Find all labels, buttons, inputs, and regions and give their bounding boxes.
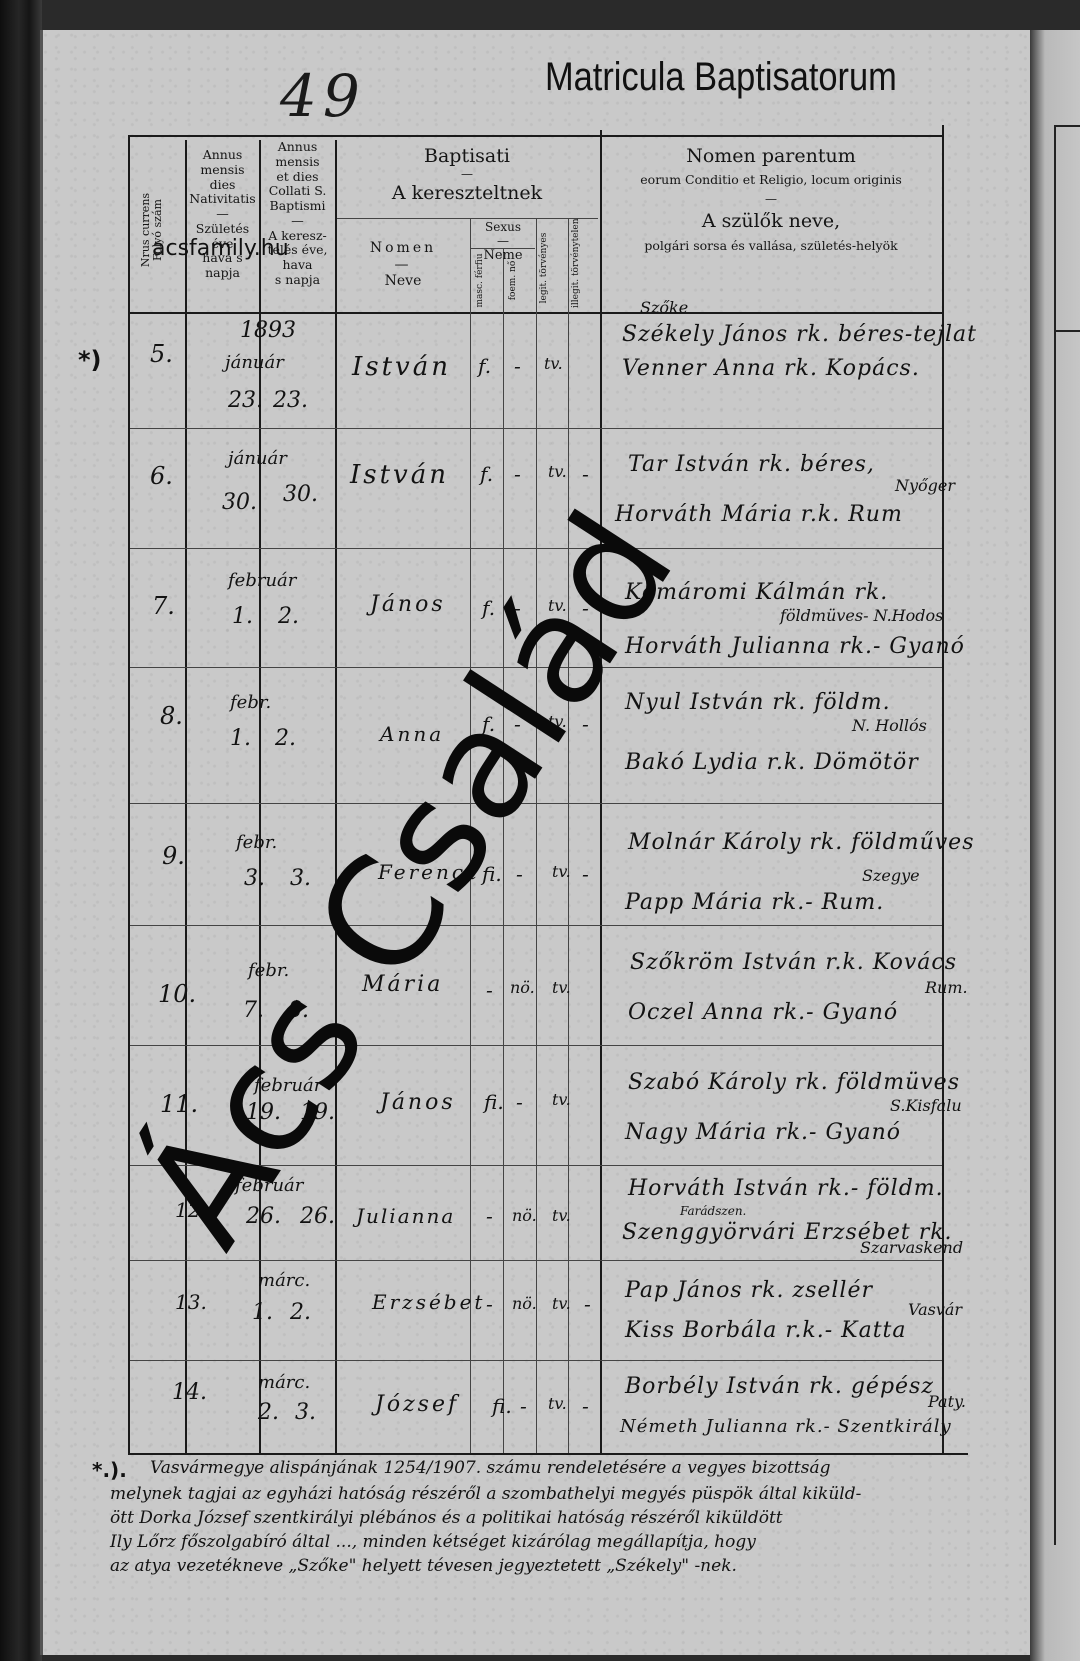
entry-month: febr. bbox=[236, 832, 277, 853]
entry-masc: - bbox=[486, 1204, 493, 1228]
entry-legit: tv. bbox=[552, 1206, 571, 1225]
facing-page-rule bbox=[1054, 125, 1080, 127]
entry-birth-day: 2. bbox=[258, 1400, 279, 1425]
header-text: A szülők neve, bbox=[601, 210, 941, 232]
entry-mother: Nagy Mária rk.- Gyanó bbox=[625, 1120, 901, 1145]
entry-baptism-day: 26. bbox=[300, 1204, 335, 1229]
entry-year: 1893 bbox=[240, 318, 296, 343]
entry-father-origin: Nyőger bbox=[895, 476, 955, 495]
entry-father-origin: Rum. bbox=[925, 978, 968, 997]
entry-father: Borbély István rk. gépész bbox=[625, 1374, 934, 1399]
header-text: polgári sorsa és vallása, születés-helyö… bbox=[601, 239, 941, 254]
entry-fem: - bbox=[514, 354, 521, 378]
entry-nr: 5. bbox=[150, 340, 173, 368]
header-text: dies bbox=[186, 178, 259, 193]
entry-mother: Horváth Mária r.k. Rum bbox=[615, 502, 903, 527]
header-text: Neve bbox=[336, 273, 470, 290]
header-baptised: Baptisati — A kereszteltnek bbox=[336, 145, 598, 204]
footnote-line: melynek tagjai az egyházi hatóság részér… bbox=[110, 1484, 861, 1504]
header-text: Születés bbox=[186, 222, 259, 237]
entry-month: jánuár bbox=[228, 448, 287, 469]
entry-mother: Papp Mária rk.- Rum. bbox=[625, 890, 884, 915]
entry-legit: tv. bbox=[548, 462, 567, 481]
footnote-line: az atya vezetékneve „Szőke" helyett téve… bbox=[110, 1556, 737, 1576]
entry-baptism-day: 23. bbox=[273, 388, 308, 413]
entry-illegit: - bbox=[582, 862, 589, 886]
entry-legit: tv. bbox=[552, 978, 571, 997]
header-dash: — bbox=[601, 192, 941, 206]
book-binding bbox=[0, 0, 42, 1661]
entry-birth-day: 1. bbox=[252, 1300, 273, 1325]
entry-father-origin: N. Hollós bbox=[852, 716, 927, 735]
footnote-line: Vasvármegye alispánjának 1254/1907. szám… bbox=[150, 1458, 830, 1478]
entry-mother: Oczel Anna rk.- Gyanó bbox=[628, 1000, 898, 1025]
entry-masc: fi. bbox=[492, 1394, 512, 1418]
header-nr-hungarian: Folyó szám bbox=[152, 150, 164, 310]
entry-father: Nyul István rk. földm. bbox=[625, 690, 891, 715]
header-illegit: illegit. törvénytelen bbox=[572, 228, 581, 308]
watermark-url: acsfamily.hu bbox=[152, 236, 289, 261]
header-fem: foem. nő bbox=[509, 253, 518, 308]
entry-fem: - bbox=[516, 1090, 523, 1114]
header-baptism-date: Annus mensis et dies Collati S. Baptismi… bbox=[260, 140, 335, 288]
entry-baptism-day: 2. bbox=[275, 726, 296, 751]
header-dash: — bbox=[470, 234, 536, 248]
header-text: eorum Conditio et Religio, locum origini… bbox=[601, 173, 941, 188]
header-text: Baptismi bbox=[260, 199, 335, 214]
facing-page-edge bbox=[1030, 30, 1080, 1661]
header-text: Nomen bbox=[336, 240, 470, 257]
entry-nr: 8. bbox=[160, 702, 183, 730]
entry-nr: 14. bbox=[172, 1380, 207, 1405]
entry-fem: - bbox=[520, 1394, 527, 1418]
entry-month: márc. bbox=[258, 1372, 310, 1393]
entry-fem: nö. bbox=[512, 1294, 537, 1313]
entry-child-name: János bbox=[370, 592, 446, 617]
entry-month: február bbox=[228, 570, 296, 591]
entry-masc: - bbox=[486, 1292, 493, 1316]
entry-month: jánuár bbox=[225, 352, 284, 373]
header-text: s napja bbox=[260, 273, 335, 288]
entry-nr: 9. bbox=[162, 842, 185, 870]
entry-legit: tv. bbox=[544, 354, 563, 373]
page-title: Matricula Baptisatorum bbox=[545, 55, 897, 100]
entry-legit: tv. bbox=[552, 1294, 571, 1313]
entry-child-name: József bbox=[375, 1392, 459, 1417]
entry-father-occupation: földmüves- N.Hodos bbox=[780, 606, 943, 625]
entry-father: Szabó Károly rk. földmüves bbox=[628, 1070, 960, 1095]
header-dash: — bbox=[336, 257, 470, 274]
header-text: mensis bbox=[260, 155, 335, 170]
entry-father-origin: S.Kisfalu bbox=[890, 1096, 962, 1115]
entry-masc: f. bbox=[480, 462, 493, 486]
page-number: 49 bbox=[280, 62, 366, 130]
header-text: Nomen parentum bbox=[601, 145, 941, 167]
entry-fem: nö. bbox=[512, 1206, 537, 1225]
entry-birth-day: 23. bbox=[228, 388, 263, 413]
footnote-marker: *.). bbox=[92, 1458, 127, 1482]
entry-father: Székely János rk. béres-tejlat bbox=[622, 322, 977, 347]
facing-page-rule bbox=[1054, 330, 1080, 332]
entry-baptism-day: 2. bbox=[290, 1300, 311, 1325]
header-text: Annus bbox=[260, 140, 335, 155]
header-text: mensis bbox=[186, 163, 259, 178]
entry-legit: tv. bbox=[552, 862, 571, 881]
entry-father-origin: Farádszen. bbox=[680, 1204, 746, 1218]
entry-month: márc. bbox=[258, 1270, 310, 1291]
header-text: Annus bbox=[186, 148, 259, 163]
header-nr-currens: Nrus currens Folyó szám bbox=[140, 150, 163, 310]
entry-illegit: - bbox=[582, 1394, 589, 1418]
header-dash: — bbox=[260, 214, 335, 229]
entry-child-name: János bbox=[380, 1090, 456, 1115]
header-legit: legit. törvényes bbox=[540, 228, 549, 308]
entry-father-origin: Szegye bbox=[862, 866, 920, 885]
entry-masc: f. bbox=[478, 354, 491, 378]
header-text: Nativitatis bbox=[186, 192, 259, 207]
entry-birth-day: 1. bbox=[230, 726, 251, 751]
header-nr-latin: Nrus currens bbox=[140, 150, 152, 310]
header-text: et dies bbox=[260, 170, 335, 185]
entry-birth-day: 30. bbox=[222, 490, 257, 515]
entry-fem: nö. bbox=[510, 978, 535, 997]
header-text: Baptisati bbox=[336, 145, 598, 167]
header-masc: masc. férfiu bbox=[476, 253, 485, 308]
entry-child-name: István bbox=[350, 460, 449, 490]
entry-father-origin: Paty. bbox=[928, 1392, 966, 1411]
entry-masc: fi. bbox=[484, 1090, 504, 1114]
header-dash: — bbox=[186, 207, 259, 222]
footnote-line: ött Dorka József szentkirályi plébános é… bbox=[110, 1508, 783, 1528]
entry-month: febr. bbox=[230, 692, 271, 713]
entry-child-name: Erzsébet bbox=[372, 1290, 485, 1314]
header-dash: — bbox=[336, 167, 598, 181]
entry-fem: - bbox=[514, 462, 521, 486]
entry-illegit: - bbox=[582, 462, 589, 486]
header-name: Nomen — Neve bbox=[336, 240, 470, 290]
entry-father: Horváth István rk.- földm. bbox=[628, 1176, 944, 1201]
entry-mother: Németh Julianna rk.- Szentkirály bbox=[620, 1416, 952, 1437]
entry-marker: *) bbox=[78, 346, 102, 374]
footnote-line: Ily Lőrz főszolgabíró által ..., minden … bbox=[110, 1532, 756, 1552]
entry-father-origin: Vasvár bbox=[908, 1300, 962, 1319]
entry-mother-origin: Szarvaskend bbox=[860, 1238, 963, 1257]
entry-father: Pap János rk. zsellér bbox=[625, 1278, 873, 1303]
header-text: napja bbox=[186, 266, 259, 281]
entry-birth-day: 3. bbox=[244, 866, 265, 891]
entry-child-name: Julianna bbox=[356, 1204, 455, 1228]
entry-baptism-day: 2. bbox=[278, 604, 299, 629]
entry-mother: Venner Anna rk. Kopács. bbox=[622, 356, 920, 381]
header-text: Collati S. bbox=[260, 184, 335, 199]
header-text: Sexus bbox=[470, 220, 536, 234]
entry-legit: tv. bbox=[552, 1090, 571, 1109]
entry-child-name: István bbox=[352, 352, 451, 382]
entry-mother: Horváth Julianna rk.- Gyanó bbox=[625, 634, 965, 659]
entry-mother: Bakó Lydia r.k. Dömötör bbox=[625, 750, 919, 775]
entry-mother: Kiss Borbála r.k.- Katta bbox=[625, 1318, 907, 1343]
entry-father-correction: Szőke bbox=[640, 298, 688, 317]
entry-nr: 6. bbox=[150, 462, 173, 490]
entry-illegit: - bbox=[584, 1292, 591, 1316]
entry-nr: 10. bbox=[158, 980, 196, 1008]
entry-father: Szőkröm István r.k. Kovács bbox=[630, 950, 957, 975]
entry-nr: 13. bbox=[175, 1290, 207, 1314]
facing-page-rule bbox=[1054, 125, 1056, 1545]
entry-birth-day: 1. bbox=[232, 604, 253, 629]
entry-father: Molnár Károly rk. földműves bbox=[628, 830, 974, 855]
header-text: A kereszteltnek bbox=[336, 182, 598, 204]
entry-father: Tar István rk. béres, bbox=[628, 452, 875, 477]
entry-baptism-day: 30. bbox=[283, 482, 318, 507]
header-parents: Nomen parentum eorum Conditio et Religio… bbox=[601, 145, 941, 253]
entry-nr: 7. bbox=[152, 592, 175, 620]
entry-masc: - bbox=[486, 978, 493, 1002]
entry-legit: tv. bbox=[548, 1394, 567, 1413]
entry-baptism-day: 3. bbox=[295, 1400, 316, 1425]
